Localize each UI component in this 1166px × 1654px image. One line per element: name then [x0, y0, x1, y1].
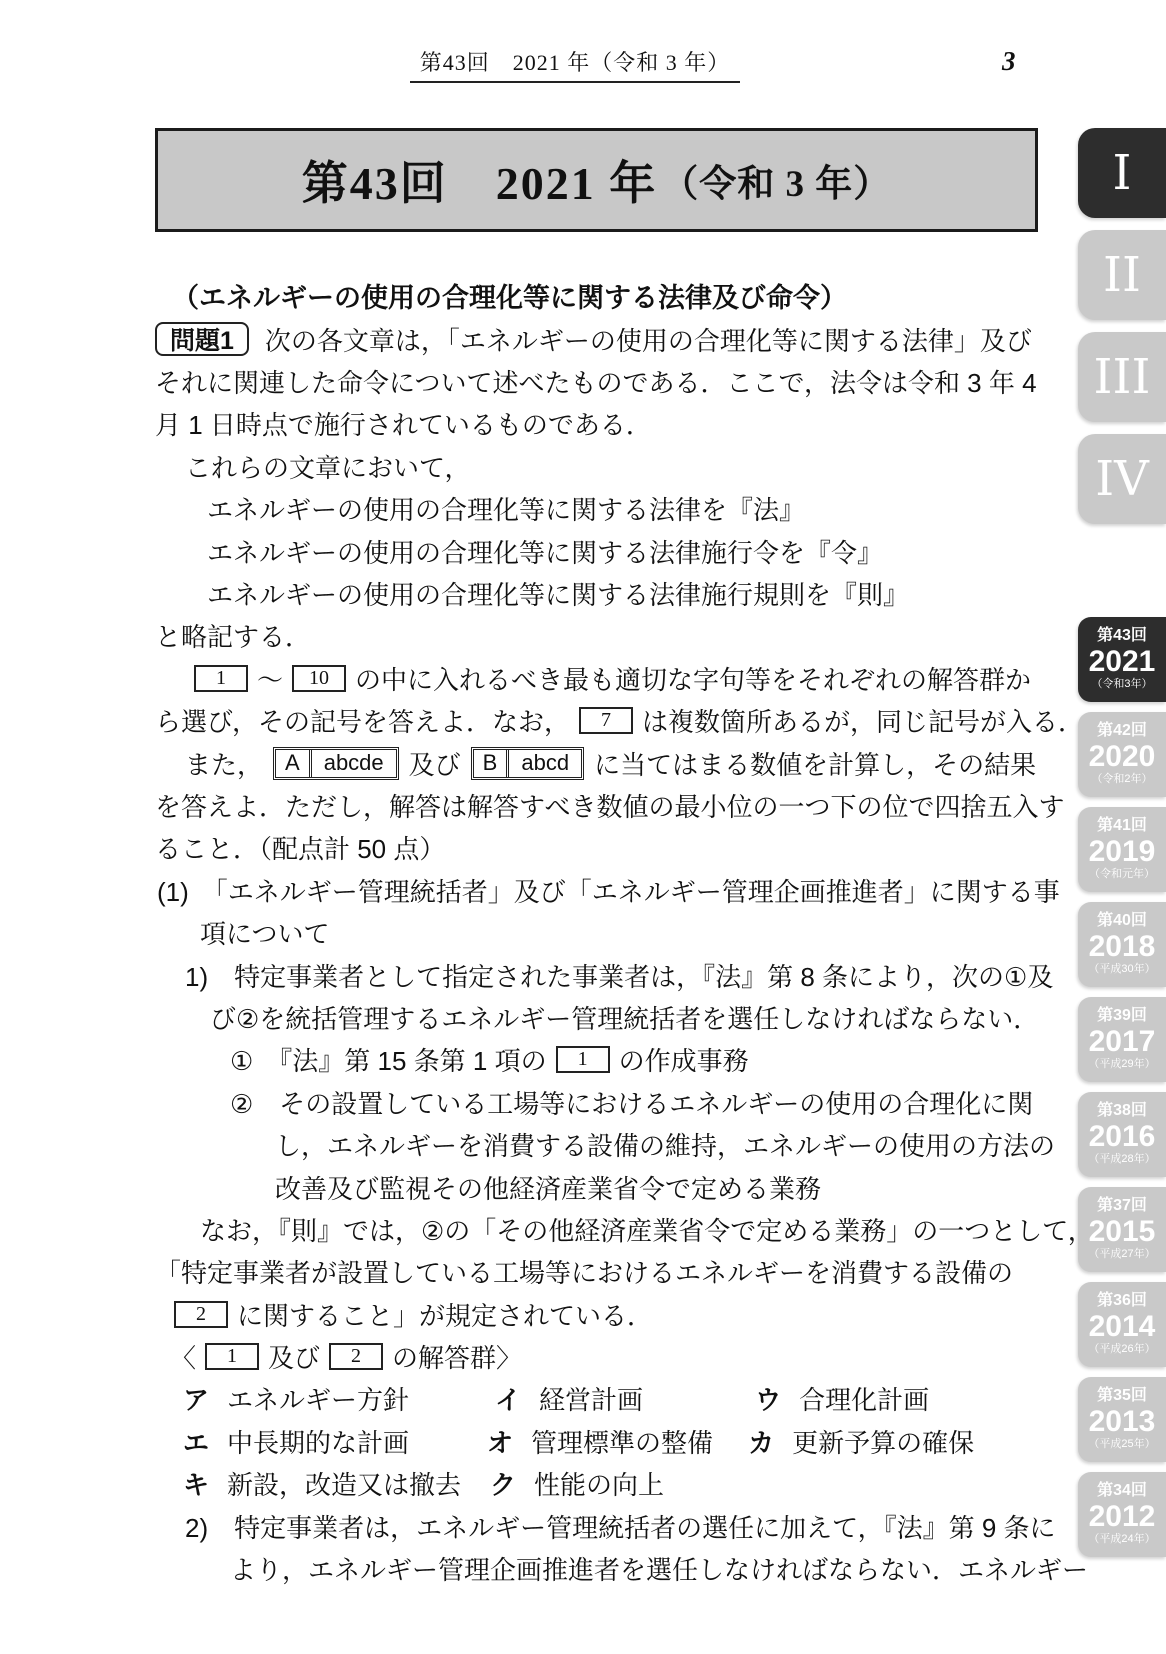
- body-text: エネルギーの使用の合理化等に関する法律施行令を『令』: [207, 533, 883, 570]
- body-text: び②を統括管理するエネルギー管理統括者を選任しなければならない．: [210, 999, 1039, 1036]
- year-tab-era: （平成25年）: [1088, 1437, 1155, 1451]
- body-text: これらの文章において，: [185, 448, 470, 485]
- year-tab-2016: 第38回2016（平成28年）: [1078, 1092, 1166, 1177]
- body-line: ら選び，その記号を答えよ．なお，7は複数箇所あるが，同じ記号が入る．: [155, 700, 1035, 742]
- body-text: エネルギーの使用の合理化等に関する法律を『法』: [207, 490, 805, 527]
- body-line: と略記する．: [155, 615, 1035, 657]
- year-tab-2019: 第41回2019（令和元年）: [1078, 807, 1166, 892]
- body-line: ① 『法』第 15 条第 1 項の1の作成事務: [230, 1039, 1035, 1081]
- body-line: び②を統括管理するエネルギー管理統括者を選任しなければならない．: [210, 996, 1035, 1038]
- chapter-tab-IV: IV: [1078, 434, 1166, 524]
- year-tab-year: 2015: [1089, 1216, 1156, 1248]
- year-tab-era: （平成24年）: [1088, 1532, 1155, 1546]
- chapter-tab-III: III: [1078, 332, 1166, 422]
- body-line: また，Aabcde及びBabcdに当てはまる数値を計算し，その結果: [185, 742, 1035, 784]
- year-tab-year: 2017: [1089, 1026, 1156, 1058]
- body-text: ① 『法』第 15 条第 1 項の: [230, 1041, 547, 1078]
- body-text: 1) 特定事業者として指定された事業者は，『法』第 8 条により，次の①及: [185, 957, 1053, 994]
- body-line: 月 1 日時点で施行されているものである．: [155, 403, 1035, 445]
- year-tab-kai: 第37回: [1097, 1197, 1147, 1215]
- year-tab-year: 2019: [1089, 836, 1156, 868]
- body-line: を答えよ．ただし，解答は解答すべき数値の最小位の一つ下の位で四捨五入す: [155, 784, 1035, 826]
- year-tab-era: （平成27年）: [1088, 1247, 1155, 1261]
- body-line: なお，『則』では，②の「その他経済産業省令で定める業務」の一つとして，: [200, 1208, 1035, 1250]
- chapter-tab-II: II: [1078, 230, 1166, 320]
- sidebar-year-tabs: 第43回2021（令和3年）第42回2020（令和2年）第41回2019（令和元…: [1078, 617, 1166, 1567]
- body-line: エネルギーの使用の合理化等に関する法律施行規則を『則』: [207, 572, 1035, 614]
- year-tab-2013: 第35回2013（平成25年）: [1078, 1377, 1166, 1462]
- body-text: 更新予算の確保: [792, 1423, 974, 1460]
- answer-blank-box: 10: [292, 665, 346, 692]
- title-main: 第43回 2021 年: [302, 147, 658, 213]
- year-tab-era: （平成26年）: [1088, 1342, 1155, 1356]
- answer-calc-box: Aabcde: [273, 747, 399, 780]
- calc-box-letter: A: [276, 750, 309, 777]
- year-tab-kai: 第40回: [1097, 912, 1147, 930]
- body-line: 項について: [200, 911, 1035, 953]
- year-tab-year: 2018: [1089, 931, 1156, 963]
- year-tab-era: （平成29年）: [1088, 1057, 1155, 1071]
- body-text: の解答群〉: [392, 1338, 522, 1375]
- calc-box-digits: abcde: [309, 750, 396, 777]
- body-text: ら選び，その記号を答えよ．なお，: [155, 702, 570, 739]
- answer-blank-box: 2: [329, 1343, 383, 1370]
- body-text: 2) 特定事業者は，エネルギー管理統括者の選任に加えて，『法』第 9 条に: [185, 1508, 1056, 1545]
- body-text: 次の各文章は，「エネルギーの使用の合理化等に関する法律」及び: [265, 321, 1032, 358]
- running-header: 第43回 2021 年（令和 3 年）: [0, 46, 1150, 83]
- body-text: 管理標準の整備: [531, 1423, 713, 1460]
- body-line: エ中長期的な計画オ管理標準の整備カ更新予算の確保: [183, 1420, 1035, 1462]
- year-tab-2015: 第37回2015（平成27年）: [1078, 1187, 1166, 1272]
- body-text: エネルギー方針: [227, 1380, 409, 1417]
- body-line: アエネルギー方針イ経営計画ウ合理化計画: [183, 1378, 1035, 1420]
- body-line: これらの文章において，: [185, 445, 1035, 487]
- year-tab-year: 2014: [1089, 1311, 1156, 1343]
- section-heading: （エネルギーの使用の合理化等に関する法律及び命令）: [172, 276, 847, 315]
- year-tab-kai: 第34回: [1097, 1482, 1147, 1500]
- option-label: オ: [487, 1423, 513, 1460]
- body-line: 改善及び監視その他経済産業省令で定める業務: [275, 1166, 1035, 1208]
- body-line: 「特定事業者が設置している工場等におけるエネルギーを消費する設備の: [155, 1251, 1035, 1293]
- body-line: ること．（配点計 50 点）: [155, 827, 1035, 869]
- year-tab-year: 2013: [1089, 1406, 1156, 1438]
- body-text: (1) 「エネルギー管理統括者」及び「エネルギー管理企画推進者」に関する事: [157, 872, 1060, 909]
- body-line: それに関連した命令について述べたものである．ここで，法令は令和 3 年 4: [155, 360, 1035, 402]
- year-tab-kai: 第42回: [1097, 722, 1147, 740]
- calc-box-digits: abcd: [506, 750, 581, 777]
- body-text: し，エネルギーを消費する設備の維持，エネルギーの使用の方法の: [275, 1126, 1055, 1163]
- year-tab-year: 2021: [1089, 646, 1156, 678]
- chapter-tab-I: I: [1078, 128, 1166, 218]
- body-text: 中長期的な計画: [227, 1423, 409, 1460]
- body-text: 〈: [170, 1338, 196, 1375]
- year-tab-2017: 第39回2017（平成29年）: [1078, 997, 1166, 1082]
- document-page: 第43回 2021 年（令和 3 年） 3 第43回 2021 年（令和 3 年…: [0, 0, 1166, 1654]
- body-text: を答えよ．ただし，解答は解答すべき数値の最小位の一つ下の位で四捨五入す: [155, 787, 1064, 824]
- body-line: 2に関すること」が規定されている．: [165, 1293, 1035, 1335]
- body-text: ～: [257, 660, 283, 697]
- body-text: の中に入れるべき最も適切な字句等をそれぞれの解答群か: [355, 660, 1031, 697]
- option-label: イ: [495, 1380, 521, 1417]
- option-label: カ: [748, 1423, 774, 1460]
- answer-blank-box: 2: [174, 1301, 228, 1328]
- body-text: エネルギーの使用の合理化等に関する法律施行規則を『則』: [207, 575, 909, 612]
- page-number: 3: [1002, 46, 1016, 77]
- year-tab-kai: 第36回: [1097, 1292, 1147, 1310]
- year-tab-2021: 第43回2021（令和3年）: [1078, 617, 1166, 702]
- body-lines: 問題1次の各文章は，「エネルギーの使用の合理化等に関する法律」及びそれに関連した…: [155, 318, 1035, 1590]
- body-text: は複数箇所あるが，同じ記号が入る．: [642, 702, 1084, 739]
- body-line: エネルギーの使用の合理化等に関する法律を『法』: [207, 488, 1035, 530]
- option-label: ア: [183, 1380, 209, 1417]
- body-text: ること．（配点計 50 点）: [155, 829, 445, 866]
- body-text: 合理化計画: [799, 1380, 929, 1417]
- body-text: なお，『則』では，②の「その他経済産業省令で定める業務」の一つとして，: [200, 1211, 1094, 1248]
- body-text: 改善及び監視その他経済産業省令で定める業務: [275, 1169, 821, 1206]
- body-text: また，: [185, 745, 263, 782]
- body-text: 経営計画: [539, 1380, 643, 1417]
- year-tab-kai: 第35回: [1097, 1387, 1147, 1405]
- body-text: に当てはまる数値を計算し，その結果: [594, 745, 1036, 782]
- body-line: 1～10の中に入れるべき最も適切な字句等をそれぞれの解答群か: [185, 657, 1035, 699]
- body-text: の作成事務: [619, 1041, 749, 1078]
- option-label: エ: [183, 1423, 209, 1460]
- year-tab-kai: 第39回: [1097, 1007, 1147, 1025]
- calc-box-letter: B: [474, 750, 507, 777]
- year-tab-era: （令和2年）: [1091, 772, 1152, 786]
- year-tab-kai: 第41回: [1097, 817, 1147, 835]
- body-text: ② その設置している工場等におけるエネルギーの使用の合理化に関: [230, 1084, 1033, 1121]
- year-tab-year: 2020: [1089, 741, 1156, 773]
- body-text: 及び: [409, 745, 461, 782]
- body-text: 「特定事業者が設置している工場等におけるエネルギーを消費する設備の: [155, 1253, 1013, 1290]
- sidebar-chapter-tabs: IIIIIIIV: [1078, 128, 1166, 536]
- body-text: と略記する．: [155, 617, 311, 654]
- running-header-title: 第43回 2021 年（令和 3 年）: [410, 46, 741, 83]
- answer-blank-box: 1: [205, 1343, 259, 1370]
- body-text: 月 1 日時点で施行されているものである．: [155, 405, 652, 442]
- option-label: ク: [490, 1465, 516, 1502]
- answer-blank-box: 1: [194, 665, 248, 692]
- body-text: 及び: [268, 1338, 320, 1375]
- answer-calc-box: Babcd: [471, 747, 584, 780]
- body-line: キ新設，改造又は撤去ク性能の向上: [183, 1463, 1035, 1505]
- body-line: より，エネルギー管理企画推進者を選任しなければならない．エネルギー: [230, 1547, 1035, 1589]
- year-tab-era: （平成28年）: [1088, 1152, 1155, 1166]
- option-label: ウ: [755, 1380, 781, 1417]
- body-line: し，エネルギーを消費する設備の維持，エネルギーの使用の方法の: [275, 1123, 1035, 1165]
- body-line: 〈1及び2の解答群〉: [170, 1335, 1035, 1377]
- year-tab-2012: 第34回2012（平成24年）: [1078, 1472, 1166, 1557]
- body-text: それに関連した命令について述べたものである．ここで，法令は令和 3 年 4: [155, 363, 1037, 400]
- year-tab-2018: 第40回2018（平成30年）: [1078, 902, 1166, 987]
- body-text: に関すること」が規定されている．: [237, 1296, 653, 1333]
- body-line: 問題1次の各文章は，「エネルギーの使用の合理化等に関する法律」及び: [155, 318, 1035, 360]
- year-tab-era: （令和3年）: [1091, 677, 1152, 691]
- year-tab-era: （平成30年）: [1088, 962, 1155, 976]
- body-text: より，エネルギー管理企画推進者を選任しなければならない．エネルギー: [230, 1550, 1088, 1587]
- body-line: ② その設置している工場等におけるエネルギーの使用の合理化に関: [230, 1081, 1035, 1123]
- body-line: (1) 「エネルギー管理統括者」及び「エネルギー管理企画推進者」に関する事: [157, 869, 1035, 911]
- year-tab-kai: 第38回: [1097, 1102, 1147, 1120]
- body-text: 項について: [200, 914, 329, 951]
- year-tab-year: 2016: [1089, 1121, 1156, 1153]
- body-text: 性能の向上: [534, 1465, 664, 1502]
- body-text: 新設，改造又は撤去: [227, 1465, 461, 1502]
- body-line: エネルギーの使用の合理化等に関する法律施行令を『令』: [207, 530, 1035, 572]
- question-label-box: 問題1: [155, 322, 249, 356]
- year-tab-year: 2012: [1089, 1501, 1156, 1533]
- year-tab-2020: 第42回2020（令和2年）: [1078, 712, 1166, 797]
- body-line: 2) 特定事業者は，エネルギー管理統括者の選任に加えて，『法』第 9 条に: [185, 1505, 1035, 1547]
- body-line: 1) 特定事業者として指定された事業者は，『法』第 8 条により，次の①及: [185, 954, 1035, 996]
- title-sub: （令和 3 年）: [661, 153, 891, 207]
- year-tab-kai: 第43回: [1097, 627, 1147, 645]
- answer-blank-box: 1: [556, 1046, 610, 1073]
- answer-blank-box: 7: [579, 707, 633, 734]
- year-tab-era: （令和元年）: [1089, 867, 1155, 881]
- title-box: 第43回 2021 年（令和 3 年）: [155, 128, 1038, 232]
- year-tab-2014: 第36回2014（平成26年）: [1078, 1282, 1166, 1367]
- option-label: キ: [183, 1465, 209, 1502]
